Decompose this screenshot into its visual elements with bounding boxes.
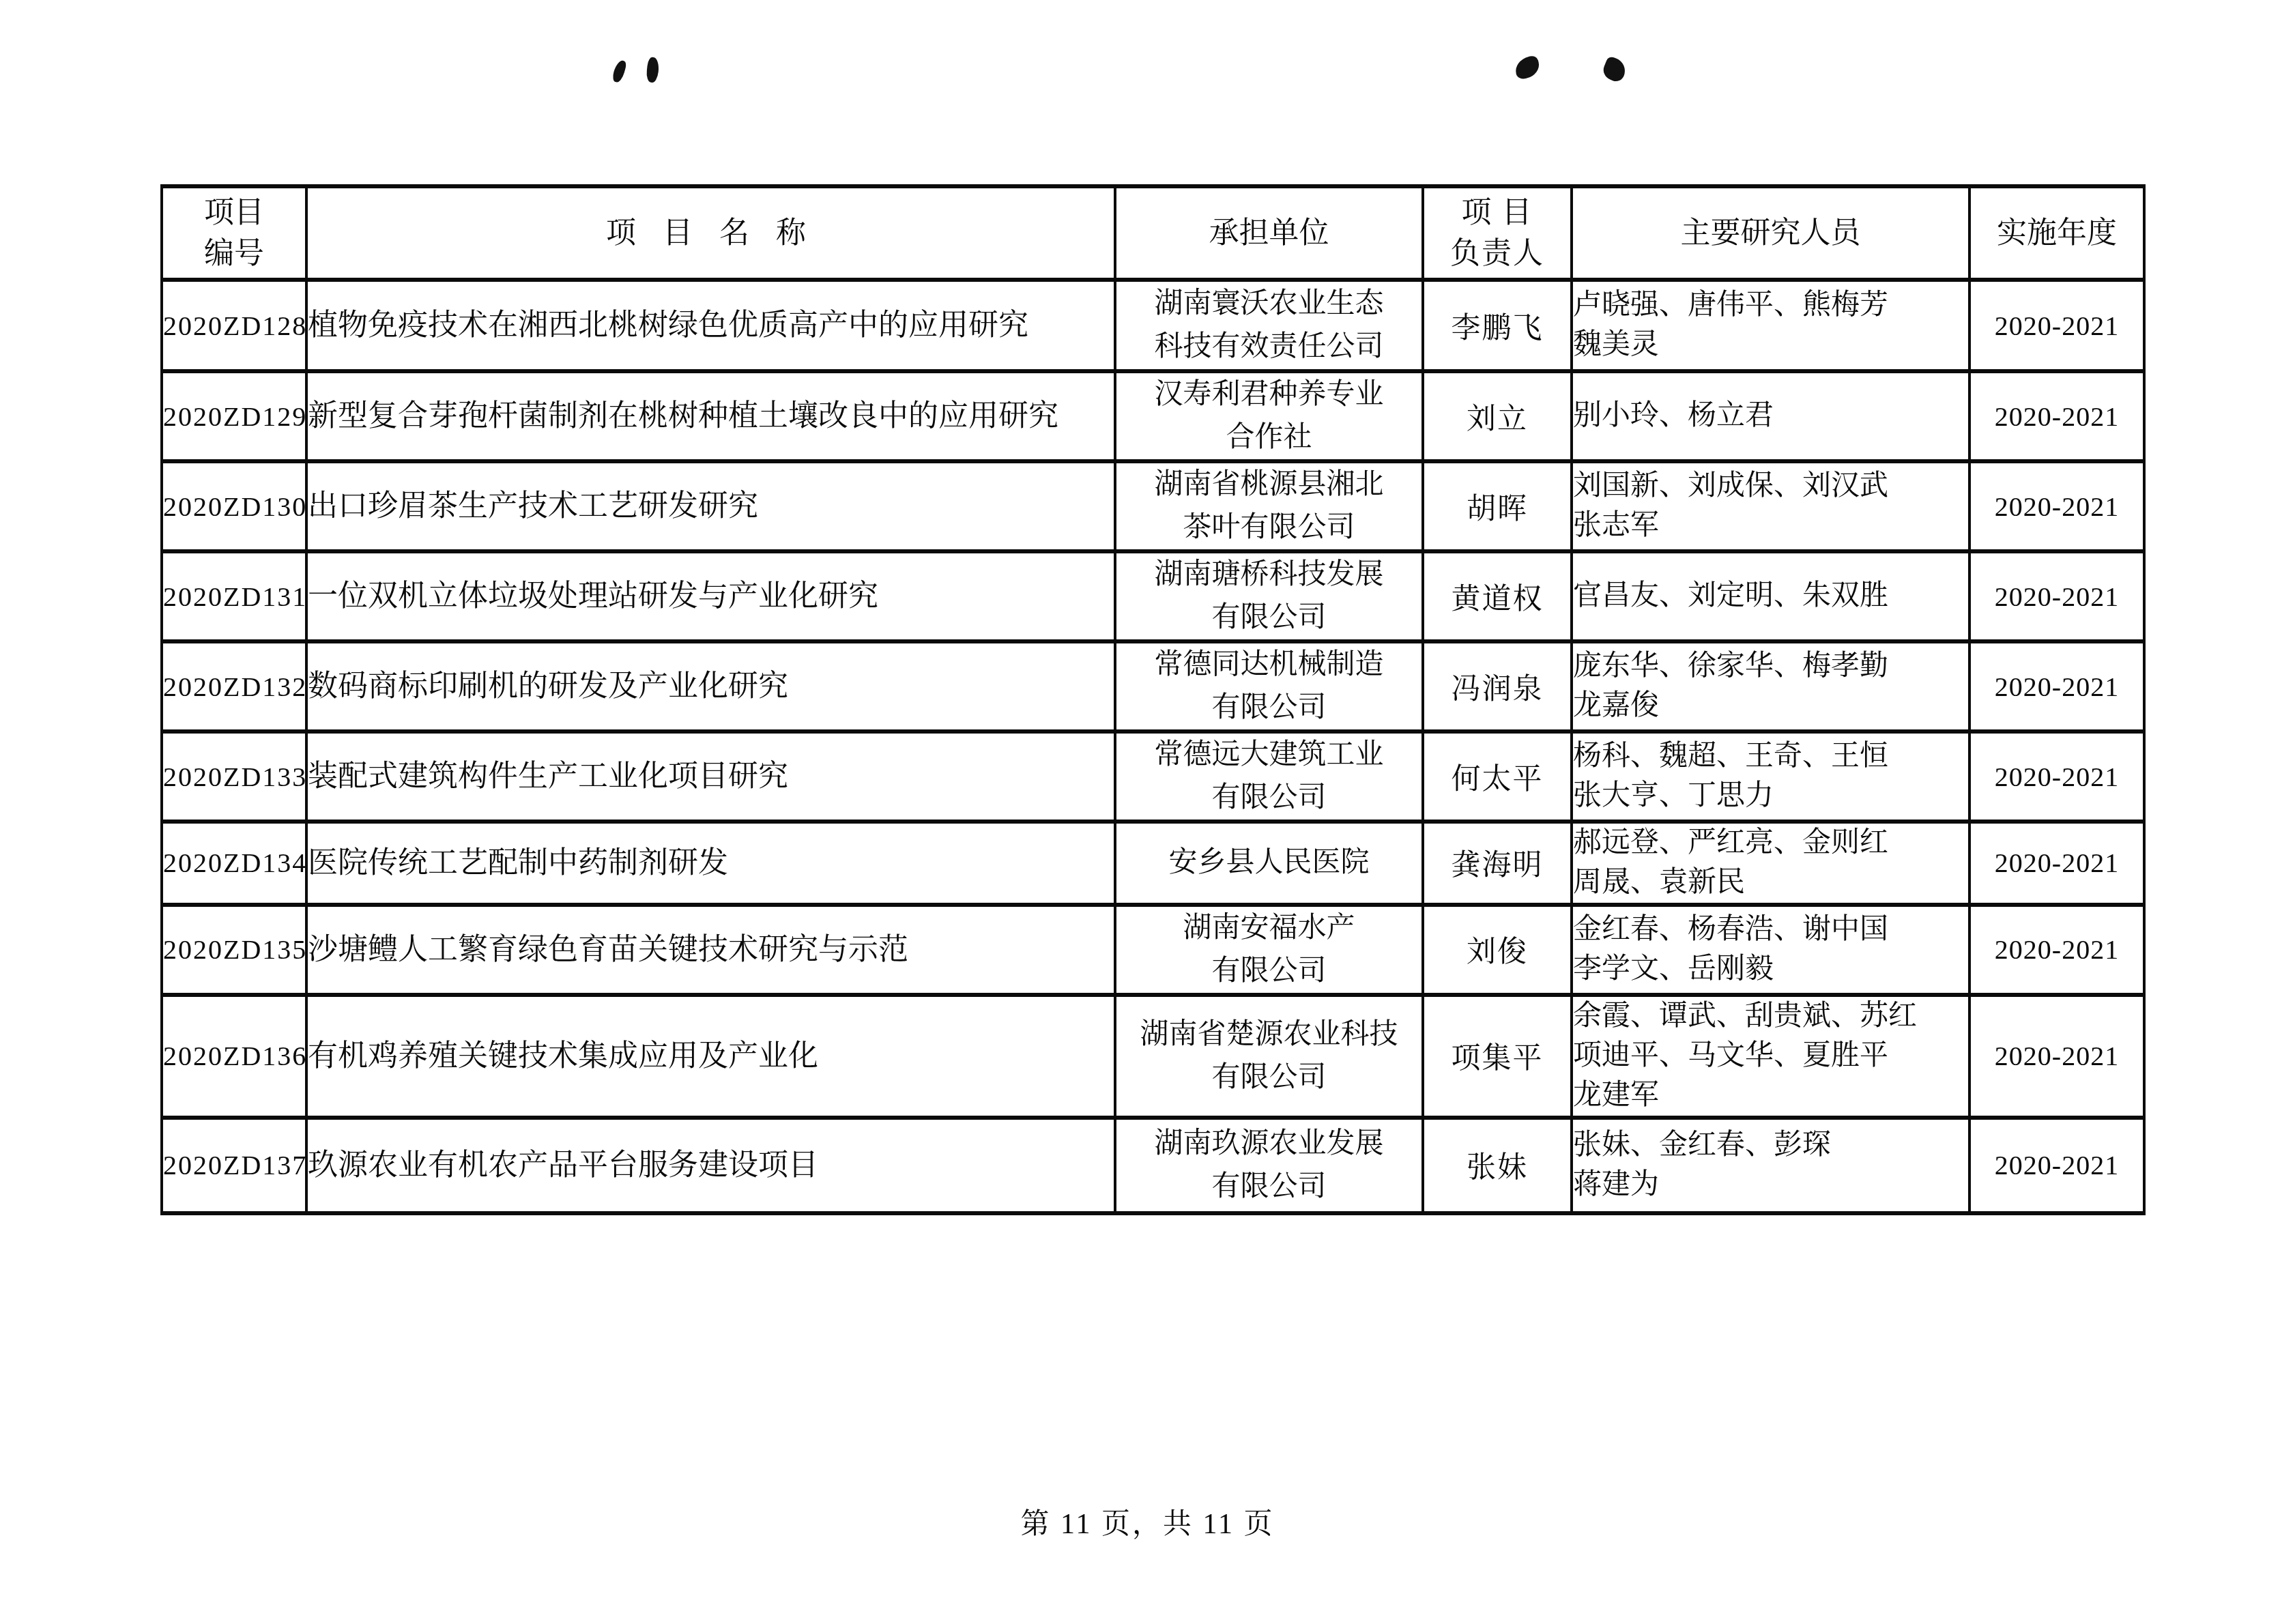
cell-project-no: 2020ZD132 — [162, 641, 306, 731]
cell-project-leader: 胡晖 — [1423, 461, 1572, 551]
cell-implementation-year: 2020-2021 — [1969, 822, 2144, 905]
cell-project-leader: 项集平 — [1423, 995, 1572, 1118]
cell-project-name: 沙塘鳢人工繁育绿色育苗关键技术研究与示范 — [306, 905, 1115, 995]
header-undertaking-unit: 承担单位 — [1115, 186, 1423, 280]
table-row: 2020ZD129 新型复合芽孢杆菌制剂在桃树种植土壤改良中的应用研究 汉寿利君… — [162, 371, 2144, 461]
cell-project-leader: 黄道权 — [1423, 551, 1572, 641]
cell-undertaking-unit: 湖南省桃源县湘北 茶叶有限公司 — [1115, 461, 1423, 551]
cell-project-no: 2020ZD137 — [162, 1118, 306, 1213]
cell-project-name: 玖源农业有机农产品平台服务建设项目 — [306, 1118, 1115, 1213]
cell-project-leader: 何太平 — [1423, 731, 1572, 822]
cell-main-researchers: 余霞、谭武、刮贵斌、苏红 项迪平、马文华、夏胜平 龙建军 — [1572, 995, 1969, 1118]
table-header-row: 项目 编号 项 目 名 称 承担单位 项 目 负责人 主要研究人员 实施年度 — [162, 186, 2144, 280]
cell-project-no: 2020ZD131 — [162, 551, 306, 641]
cell-project-name: 医院传统工艺配制中药制剂研发 — [306, 822, 1115, 905]
cell-implementation-year: 2020-2021 — [1969, 905, 2144, 995]
table-row: 2020ZD136 有机鸡养殖关键技术集成应用及产业化 湖南省楚源农业科技 有限… — [162, 995, 2144, 1118]
ink-speck — [1513, 55, 1542, 81]
scanned-page: 项目 编号 项 目 名 称 承担单位 项 目 负责人 主要研究人员 实施年度 2… — [0, 0, 2295, 1624]
cell-main-researchers: 别小玲、杨立君 — [1572, 371, 1969, 461]
cell-project-name: 一位双机立体垃圾处理站研发与产业化研究 — [306, 551, 1115, 641]
cell-project-no: 2020ZD135 — [162, 905, 306, 995]
cell-undertaking-unit: 湖南安福水产 有限公司 — [1115, 905, 1423, 995]
cell-project-no: 2020ZD129 — [162, 371, 306, 461]
cell-project-leader: 李鹏飞 — [1423, 280, 1572, 371]
table-row: 2020ZD128 植物免疫技术在湘西北桃树绿色优质高产中的应用研究 湖南寰沃农… — [162, 280, 2144, 371]
cell-undertaking-unit: 湖南寰沃农业生态 科技有效责任公司 — [1115, 280, 1423, 371]
cell-project-name: 植物免疫技术在湘西北桃树绿色优质高产中的应用研究 — [306, 280, 1115, 371]
cell-undertaking-unit: 安乡县人民医院 — [1115, 822, 1423, 905]
cell-main-researchers: 刘国新、刘成保、刘汉武 张志军 — [1572, 461, 1969, 551]
ink-speck — [1600, 55, 1629, 84]
header-implementation-year: 实施年度 — [1969, 186, 2144, 280]
ink-speck — [646, 57, 660, 83]
cell-project-no: 2020ZD134 — [162, 822, 306, 905]
cell-project-no: 2020ZD130 — [162, 461, 306, 551]
cell-project-leader: 刘俊 — [1423, 905, 1572, 995]
table-row: 2020ZD135 沙塘鳢人工繁育绿色育苗关键技术研究与示范 湖南安福水产 有限… — [162, 905, 2144, 995]
table-row: 2020ZD134 医院传统工艺配制中药制剂研发 安乡县人民医院 龚海明 郝远登… — [162, 822, 2144, 905]
cell-main-researchers: 官昌友、刘定明、朱双胜 — [1572, 551, 1969, 641]
table-row: 2020ZD137 玖源农业有机农产品平台服务建设项目 湖南玖源农业发展 有限公… — [162, 1118, 2144, 1213]
projects-table: 项目 编号 项 目 名 称 承担单位 项 目 负责人 主要研究人员 实施年度 2… — [160, 184, 2146, 1215]
cell-project-name: 装配式建筑构件生产工业化项目研究 — [306, 731, 1115, 822]
cell-project-leader: 冯润泉 — [1423, 641, 1572, 731]
cell-implementation-year: 2020-2021 — [1969, 461, 2144, 551]
header-project-name: 项 目 名 称 — [306, 186, 1115, 280]
cell-project-name: 有机鸡养殖关键技术集成应用及产业化 — [306, 995, 1115, 1118]
cell-implementation-year: 2020-2021 — [1969, 1118, 2144, 1213]
table-row: 2020ZD132 数码商标印刷机的研发及产业化研究 常德同达机械制造 有限公司… — [162, 641, 2144, 731]
cell-main-researchers: 卢晓强、唐伟平、熊梅芳 魏美灵 — [1572, 280, 1969, 371]
cell-project-name: 新型复合芽孢杆菌制剂在桃树种植土壤改良中的应用研究 — [306, 371, 1115, 461]
page-footer: 第 11 页，共 11 页 — [0, 1501, 2295, 1542]
cell-implementation-year: 2020-2021 — [1969, 641, 2144, 731]
cell-main-researchers: 庞东华、徐家华、梅孝勤 龙嘉俊 — [1572, 641, 1969, 731]
cell-undertaking-unit: 湖南省楚源农业科技 有限公司 — [1115, 995, 1423, 1118]
cell-implementation-year: 2020-2021 — [1969, 995, 2144, 1118]
cell-project-leader: 刘立 — [1423, 371, 1572, 461]
cell-project-no: 2020ZD136 — [162, 995, 306, 1118]
cell-main-researchers: 杨科、魏超、王奇、王恒 张大亨、丁思力 — [1572, 731, 1969, 822]
cell-project-name: 数码商标印刷机的研发及产业化研究 — [306, 641, 1115, 731]
cell-project-no: 2020ZD133 — [162, 731, 306, 822]
cell-undertaking-unit: 汉寿利君种养专业 合作社 — [1115, 371, 1423, 461]
table-row: 2020ZD130 出口珍眉茶生产技术工艺研发研究 湖南省桃源县湘北 茶叶有限公… — [162, 461, 2144, 551]
cell-implementation-year: 2020-2021 — [1969, 280, 2144, 371]
ink-speck — [611, 59, 628, 84]
cell-implementation-year: 2020-2021 — [1969, 371, 2144, 461]
header-project-no: 项目 编号 — [162, 186, 306, 280]
cell-undertaking-unit: 常德同达机械制造 有限公司 — [1115, 641, 1423, 731]
cell-project-name: 出口珍眉茶生产技术工艺研发研究 — [306, 461, 1115, 551]
cell-project-leader: 张妹 — [1423, 1118, 1572, 1213]
header-project-leader: 项 目 负责人 — [1423, 186, 1572, 280]
cell-project-leader: 龚海明 — [1423, 822, 1572, 905]
cell-undertaking-unit: 常德远大建筑工业 有限公司 — [1115, 731, 1423, 822]
table-row: 2020ZD133 装配式建筑构件生产工业化项目研究 常德远大建筑工业 有限公司… — [162, 731, 2144, 822]
cell-implementation-year: 2020-2021 — [1969, 551, 2144, 641]
table-row: 2020ZD131 一位双机立体垃圾处理站研发与产业化研究 湖南瑭桥科技发展 有… — [162, 551, 2144, 641]
cell-undertaking-unit: 湖南玖源农业发展 有限公司 — [1115, 1118, 1423, 1213]
cell-undertaking-unit: 湖南瑭桥科技发展 有限公司 — [1115, 551, 1423, 641]
cell-implementation-year: 2020-2021 — [1969, 731, 2144, 822]
cell-main-researchers: 张妹、金红春、彭琛 蒋建为 — [1572, 1118, 1969, 1213]
header-main-researchers: 主要研究人员 — [1572, 186, 1969, 280]
cell-main-researchers: 金红春、杨春浩、谢中国 李学文、岳刚毅 — [1572, 905, 1969, 995]
cell-main-researchers: 郝远登、严红亮、金则红 周晟、袁新民 — [1572, 822, 1969, 905]
cell-project-no: 2020ZD128 — [162, 280, 306, 371]
